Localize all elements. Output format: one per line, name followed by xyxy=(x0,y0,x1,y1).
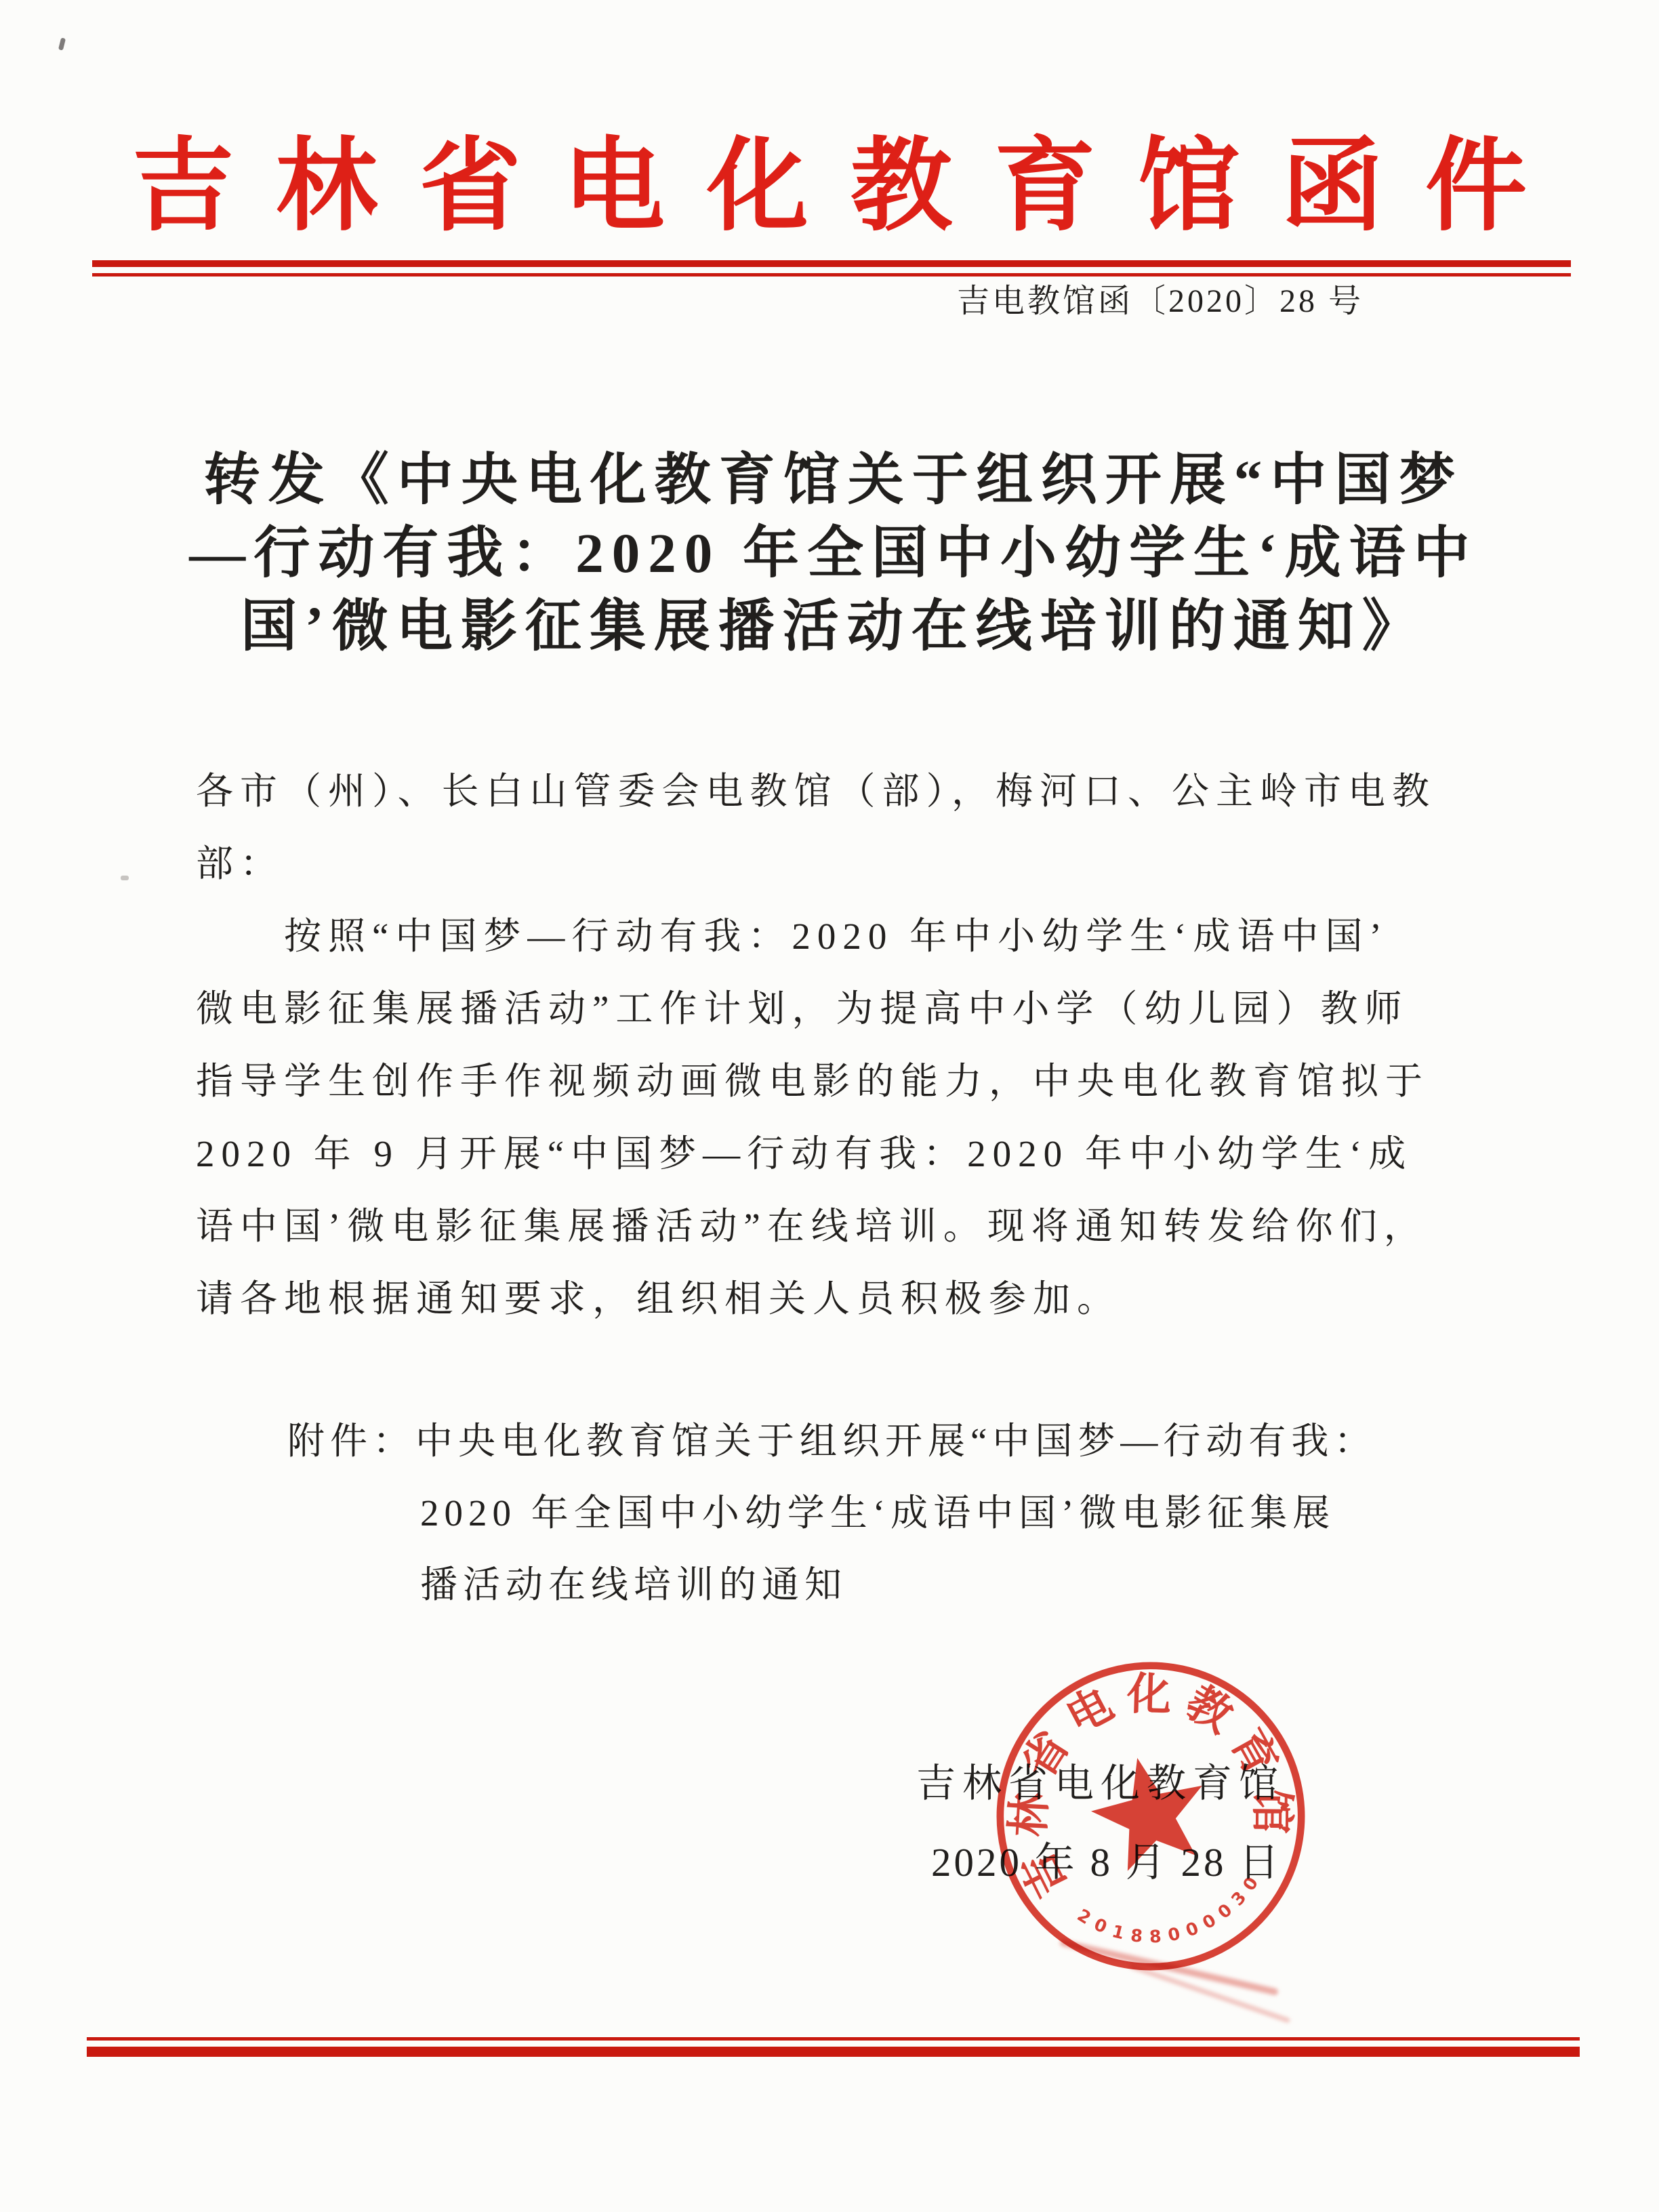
letterhead-title: 吉林省电化教育馆函件 xyxy=(0,133,1659,241)
body-text-line: 请各地根据通知要求，组织相关人员积极参加。 xyxy=(196,1263,1578,1335)
document-title-line: 国’微电影征集展播活动在线培训的通知》 xyxy=(103,590,1564,663)
document-title-line: 转发《中央电化教育馆关于组织开展“中国梦 xyxy=(103,443,1564,516)
body-text-line: 2020 年 9 月开展“中国梦—行动有我：2020 年中小幼学生‘成 xyxy=(196,1118,1578,1190)
attachment-first-line: 附件：中央电化教育馆关于组织开展“中国梦—行动有我： xyxy=(287,1406,1578,1477)
attachment-block: 附件：中央电化教育馆关于组织开展“中国梦—行动有我： 2020 年全国中小幼学生… xyxy=(287,1406,1578,1621)
footer-divider-line xyxy=(87,2037,1580,2057)
attachment-text: 中央电化教育馆关于组织开展“中国梦—行动有我： xyxy=(415,1420,1376,1462)
scan-artifact-speck xyxy=(58,37,66,50)
attachment-text-line: 2020 年全国中小幼学生‘成语中国’微电影征集展 xyxy=(287,1477,1578,1549)
letterhead-divider-line xyxy=(92,260,1571,276)
attachment-text-line: 播活动在线培训的通知 xyxy=(287,1549,1578,1621)
salutation-line: 各市（州）、长白山管委会电教馆（部），梅河口、公主岭市电教 xyxy=(196,755,1578,827)
body-text-line: 微电影征集展播活动”工作计划，为提高中小学（幼儿园）教师 xyxy=(196,972,1578,1045)
scan-artifact-speck xyxy=(121,876,129,880)
body-text-line: 语中国’微电影征集展播活动”在线培训。现将通知转发给你们， xyxy=(196,1190,1578,1263)
seal-star xyxy=(1082,1745,1217,1876)
document-title-line: —行动有我：2020 年全国中小幼学生‘成语中 xyxy=(103,516,1564,590)
body-text-line: 按照“中国梦—行动有我：2020 年中小幼学生‘成语中国’ xyxy=(196,900,1578,972)
document-title: 转发《中央电化教育馆关于组织开展“中国梦 —行动有我：2020 年全国中小幼学生… xyxy=(95,443,1564,663)
salutation-line: 部： xyxy=(196,827,1578,900)
letter-body: 各市（州）、长白山管委会电教馆（部），梅河口、公主岭市电教 部： 按照“中国梦—… xyxy=(196,755,1578,1335)
scanned-official-letter: 吉林省电化教育馆函件 吉电教馆函〔2020〕28 号 转发《中央电化教育馆关于组… xyxy=(0,0,1659,2212)
official-red-seal: 吉林省电化教育馆 2201880000303 xyxy=(935,1614,1366,2020)
attachment-label: 附件： xyxy=(287,1420,415,1462)
document-reference-number: 吉电教馆函〔2020〕28 号 xyxy=(957,281,1364,323)
body-text-line: 指导学生创作手作视频动画微电影的能力，中央电化教育馆拟于 xyxy=(196,1045,1578,1118)
